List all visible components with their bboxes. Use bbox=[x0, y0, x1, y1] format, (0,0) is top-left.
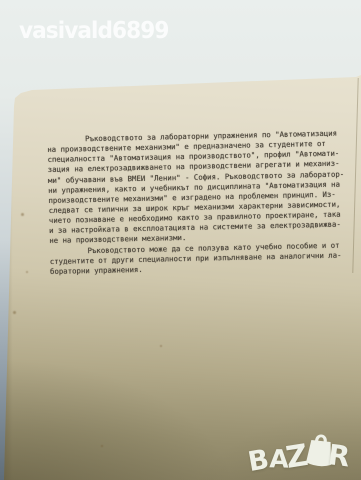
logo-letter: B bbox=[246, 446, 271, 476]
page-text: Ръководството за лабораторни упражнения … bbox=[47, 128, 350, 276]
page-speck bbox=[26, 271, 28, 273]
bazar-logo: B A Z R bbox=[247, 424, 351, 475]
book-page-photo: Ръководството за лабораторни упражнения … bbox=[0, 0, 361, 480]
page-speck bbox=[21, 213, 24, 216]
page-speck bbox=[13, 311, 16, 314]
seller-watermark: vasivald6899 bbox=[19, 18, 168, 44]
logo-letter: R bbox=[326, 441, 351, 471]
book-page: Ръководството за лабораторни упражнения … bbox=[0, 0, 361, 480]
page-stack-edge bbox=[352, 78, 358, 273]
page-speck bbox=[160, 345, 162, 347]
page-speck bbox=[101, 445, 103, 447]
